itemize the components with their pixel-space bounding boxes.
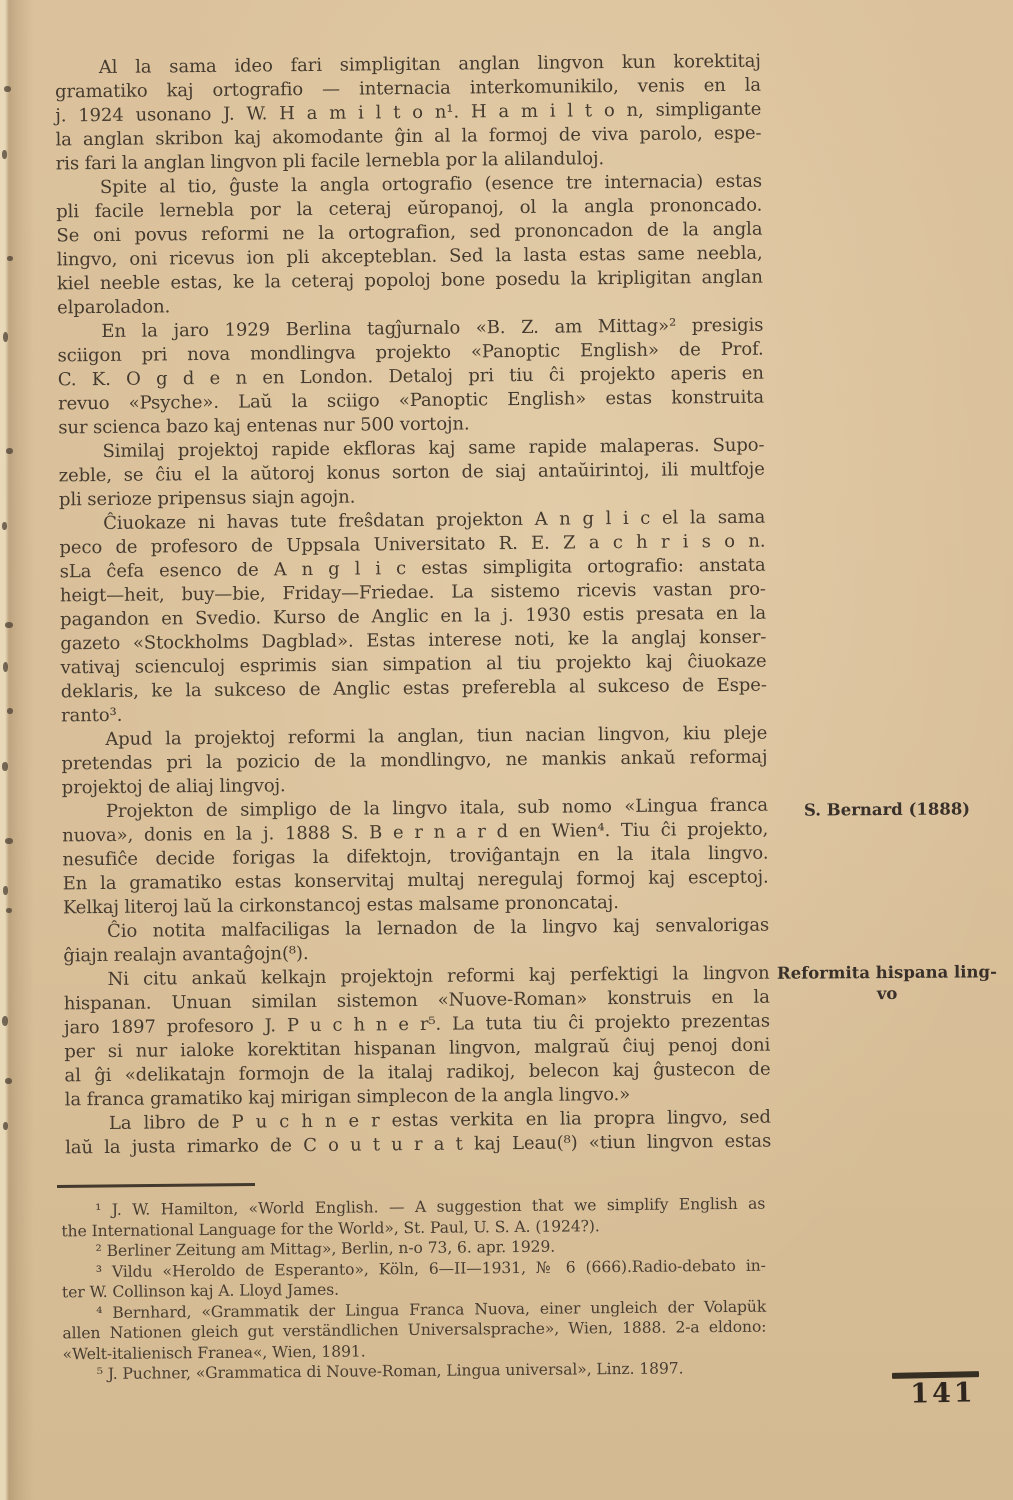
body-paragraph: Ni citu ankaŭ kelkajn projektojn reformi… bbox=[63, 962, 770, 1113]
scan-speck bbox=[2, 1016, 8, 1026]
margin-note-line: S. Bernard (1888) bbox=[762, 798, 1012, 821]
body-paragraph: En la jaro 1929 Berlina tagĵurnalo «B. Z… bbox=[57, 314, 764, 441]
page-number: 141 bbox=[905, 1377, 982, 1409]
scan-speck bbox=[3, 1122, 8, 1130]
body-paragraph: Ĉio notita malfaciligas la lernadon de l… bbox=[63, 914, 769, 969]
scan-speck bbox=[2, 150, 7, 159]
scan-speck bbox=[3, 662, 8, 672]
footnote: ³ Vildu «Heroldo de Esperanto», Köln, 6—… bbox=[62, 1255, 766, 1303]
margin-note-hispana: Reformita hispana ling- vo bbox=[762, 961, 1012, 1005]
body-paragraph: Similaj projektoj rapide ekfloras kaj sa… bbox=[58, 434, 765, 513]
scanned-page: Al la sama ideo fari simpligitan anglan … bbox=[0, 0, 1013, 1500]
body-paragraph: Al la sama ideo fari simpligitan anglan … bbox=[55, 50, 762, 177]
footnotes: ¹ J. W. Hamilton, «World English. — A su… bbox=[61, 1194, 767, 1385]
scan-speck bbox=[2, 762, 8, 771]
scan-speck bbox=[2, 522, 7, 530]
scan-speck bbox=[6, 448, 13, 454]
body-paragraph: Apud la projektoj reformi la anglan, tiu… bbox=[61, 722, 768, 801]
margin-note-line: vo bbox=[762, 982, 1012, 1005]
body-paragraph: La libro de P u c h n e r estas verkita … bbox=[65, 1106, 771, 1161]
scan-speck bbox=[5, 622, 13, 628]
body-paragraph: Ĉiuokaze ni havas tute freŝdatan projekt… bbox=[59, 506, 767, 729]
body-paragraph: Projekton de simpligo de la lingvo itala… bbox=[62, 794, 769, 921]
footnote: ⁴ Bernhard, «Grammatik der Lingua Franca… bbox=[62, 1296, 767, 1364]
footnote-separator bbox=[57, 1183, 255, 1188]
scan-speck bbox=[7, 708, 13, 714]
scan-speck bbox=[7, 256, 13, 261]
scan-speck bbox=[5, 1078, 12, 1084]
body-paragraph: Spite al tio, ĝuste la angla ortografio … bbox=[56, 170, 763, 321]
scan-speck bbox=[4, 86, 11, 92]
margin-note-line: Reformita hispana ling- bbox=[762, 961, 1012, 984]
margin-note-bernard: S. Bernard (1888) bbox=[762, 798, 1012, 821]
footnote: ¹ J. W. Hamilton, «World English. — A su… bbox=[61, 1194, 765, 1242]
scan-speck bbox=[3, 886, 8, 895]
scan-speck bbox=[6, 908, 12, 913]
scan-speck bbox=[5, 838, 13, 844]
scan-speck bbox=[3, 332, 8, 342]
body-text: Al la sama ideo fari simpligitan anglan … bbox=[55, 50, 772, 1161]
